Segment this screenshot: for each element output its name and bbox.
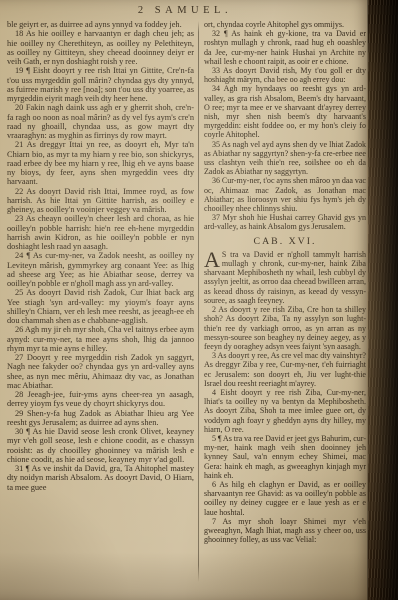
verse-number: 36 [212,176,220,185]
verse: 31 ¶ As ve inshit da David, gra, Ta Ahit… [7,464,194,492]
verse-number: 22 [15,187,23,196]
verse-number: 18 [15,29,23,38]
verse: 30 ¶ As hie David seose lesh cronk Olive… [7,427,194,464]
verse: 29 Shen-y-fa hug Zadok as Abiathar lhieu… [7,409,194,428]
verse-number: 34 [212,84,220,93]
verse-number: 21 [15,140,23,149]
verse: 20 Fakin nagh daink uss agh er y gherrit… [7,103,194,140]
text-columns: ble geiyrt er, as duirree ad ayns ynnyd … [0,16,370,586]
verse: 26 Agh my jir eh myr shoh, Cha vel taitn… [7,325,194,353]
verse: 3 As dooyrt y ree, As cre vel mac dty va… [204,351,366,388]
verse-number: 19 ¶ [15,66,30,75]
verse-number: 6 [212,480,216,489]
verse-number: 29 [15,409,23,418]
verse: 7 As myr shoh loayr Shimei myr v'eh gwee… [204,517,366,545]
verse-number: 35 [212,140,220,149]
verse-number: 4 [212,388,216,397]
verse: 36 Cur-my-ner, t'oc ayns shen mâroo yn d… [204,176,366,213]
verse: 34 Agh my hyndaays oo reesht gys yn ard-… [204,84,366,139]
verse: 27 Dooyrt y ree myrgeddin rish Zadok yn … [7,353,194,390]
chapter-opening-verse: AS tra va David er n'gholl tammylt harri… [204,250,366,305]
verse: 21 As dreggyr Ittai yn ree, as dooyrt eh… [7,140,194,186]
verse: 2 As dooyrt y ree rish Ziba, Cre hon ta … [204,305,366,351]
verse-number: 31 ¶ [15,464,30,473]
verse-number: 28 [15,390,23,399]
verse: 5 ¶ As tra va ree David er jeet gys Bahu… [204,434,366,480]
verse-number: 20 [15,103,23,112]
book-photo: 2 SAMUEL. ble geiyrt er, as duirree ad a… [0,0,398,600]
verse-number: 30 ¶ [15,427,30,436]
verse: 19 ¶ Eisht dooyrt y ree rish Ittai yn Gi… [7,66,194,103]
verse: 18 As hie ooilley e harvaantyn er dagh c… [7,29,194,66]
verse-continuation: ort, chyndaa coyrle Ahitophel gys ommijy… [204,20,366,29]
verse-number: 32 ¶ [212,29,228,38]
book-fore-edge [368,0,398,600]
verse-number: 33 [212,66,220,75]
verse-number: 27 [15,353,23,362]
chapter-heading: CAB. XVI. [204,237,366,246]
verse: 22 As dooyrt David rish Ittai, Immee roy… [7,187,194,215]
verse: 24 ¶ As cur-my-ner, va Zadok neesht, as … [7,251,194,288]
verse-number: 37 [212,213,220,222]
running-head-title: 2 SAMUEL. [0,0,370,16]
verse-number: 5 ¶ [212,434,222,443]
verse: 32 ¶ As haink eh gy-kione, tra va David … [204,29,366,66]
verse-number: 23 [15,214,23,223]
verse: 28 Jeeagh-jee, fuir-yms ayns cheer-rea y… [7,390,194,409]
verse-number: 3 [212,351,216,360]
verse: 4 Eisht dooyrt y ree rish Ziba, Cur-my-n… [204,388,366,434]
drop-cap-letter: A [204,251,220,268]
verse-number: 7 [212,517,216,526]
verse-number: 24 ¶ [15,251,30,260]
text-column-right: ort, chyndaa coyrle Ahitophel gys ommijy… [204,20,366,586]
bible-page: 2 SAMUEL. ble geiyrt er, as duirree ad a… [0,0,370,600]
verse: 37 Myr shoh hie Hushai carrey Ghavid gys… [204,213,366,231]
verse: 25 As dooyrt David rish Zadok, Cur lhiat… [7,288,194,325]
verse-number: 26 [15,325,23,334]
verse-number: 2 [212,305,216,314]
column-divider-rule [198,21,199,582]
verse: 33 As dooyrt David rish, My t'ou goll er… [204,66,366,84]
verse-number: 25 [15,288,23,297]
verse: 6 As hilg eh claghyn er David, as er ooi… [204,480,366,517]
verse: 35 As nagh vel ayd ayns shen dy ve lhiat… [204,140,366,177]
verse: 23 As cheayn ooilley'n cheer lesh ard ch… [7,214,194,251]
text-column-left: ble geiyrt er, as duirree ad ayns ynnyd … [7,20,194,586]
verse-continuation: ble geiyrt er, as duirree ad ayns ynnyd … [7,20,194,29]
